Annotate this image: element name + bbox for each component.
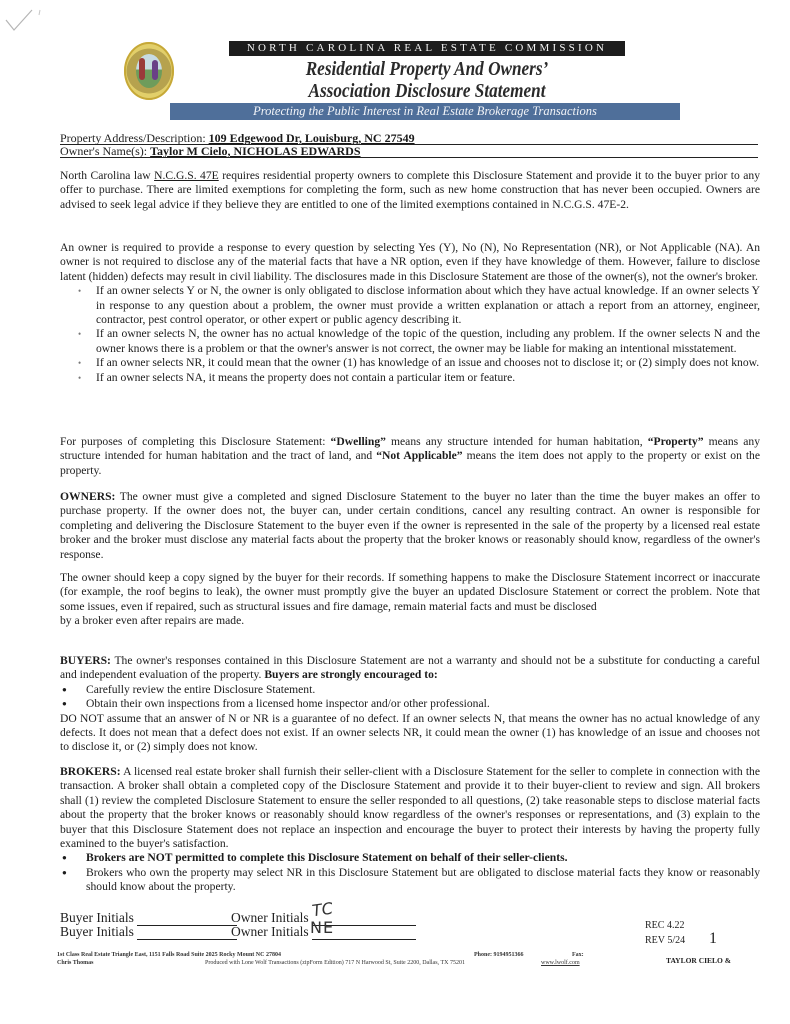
list-item: If an owner selects Y or N, the owner is… bbox=[60, 284, 760, 327]
property-address-label: Property Address/Description: bbox=[60, 131, 206, 145]
footer-website-link[interactable]: www.lwolf.com bbox=[541, 960, 580, 966]
ncgs-47e-link[interactable]: N.C.G.S. 47E bbox=[154, 169, 219, 182]
intro-section: North Carolina law N.C.G.S. 47E requires… bbox=[60, 169, 760, 212]
footer-transaction-name: TAYLOR CIELO & bbox=[666, 956, 731, 965]
page-number: 1 bbox=[709, 930, 717, 948]
intro-paragraph-responses: An owner is required to provide a respon… bbox=[60, 241, 760, 284]
buyers-section: BUYERS: The owner's responses contained … bbox=[60, 654, 760, 755]
form-rec-number: REC 4.22 bbox=[645, 920, 684, 931]
definitions-paragraph: For purposes of completing this Disclosu… bbox=[60, 435, 760, 478]
list-item: If an owner selects NA, it means the pro… bbox=[60, 371, 760, 385]
footer-brokerage: 1st Class Real Estate Triangle East, 115… bbox=[57, 952, 281, 958]
owners-updates-section: The owner should keep a copy signed by t… bbox=[60, 571, 760, 629]
tagline-banner: Protecting the Public Interest in Real E… bbox=[170, 103, 680, 120]
nc-state-seal-icon bbox=[124, 42, 174, 100]
buyer-initials-2-field[interactable] bbox=[137, 927, 237, 940]
buyers-heading: BUYERS: bbox=[60, 654, 111, 667]
property-address-field[interactable]: Property Address/Description: 109 Edgewo… bbox=[60, 131, 758, 145]
response-options-list: If an owner selects Y or N, the owner is… bbox=[60, 284, 760, 385]
footer-phone: Phone: 9194951366 bbox=[474, 952, 524, 958]
form-title-line-1: Residential Property And Owners’ bbox=[257, 58, 598, 81]
organization-banner: NORTH CAROLINA REAL ESTATE COMMISSION bbox=[229, 41, 625, 56]
owner-names-field[interactable]: Owner's Name(s): Taylor M Cielo, NICHOLA… bbox=[60, 144, 758, 158]
owner-names-label: Owner's Name(s): bbox=[60, 144, 147, 158]
list-item: If an owner selects NR, it could mean th… bbox=[60, 356, 760, 370]
not-applicable-term: “Not Applicable” bbox=[376, 449, 462, 462]
list-item: Carefully review the entire Disclosure S… bbox=[60, 683, 760, 697]
owners-section: OWNERS: The owner must give a completed … bbox=[60, 490, 760, 562]
footer-fax: Fax: bbox=[572, 952, 584, 958]
list-item: Obtain their own inspections from a lice… bbox=[60, 697, 760, 711]
form-rev-date: REV 5/24 bbox=[645, 935, 685, 946]
intro-paragraph-law: North Carolina law N.C.G.S. 47E requires… bbox=[60, 169, 760, 212]
response-options-section: An owner is required to provide a respon… bbox=[60, 241, 760, 385]
list-item: If an owner selects N, the owner has no … bbox=[60, 327, 760, 356]
buyers-list: Carefully review the entire Disclosure S… bbox=[60, 683, 760, 712]
property-address-value[interactable]: 109 Edgewood Dr, Louisburg, NC 27549 bbox=[209, 131, 415, 145]
buyer-initials-2[interactable]: Buyer Initials bbox=[60, 924, 237, 940]
list-item: Brokers who own the property may select … bbox=[60, 866, 760, 895]
dwelling-term: “Dwelling” bbox=[331, 435, 386, 448]
brokers-list: Brokers are NOT permitted to complete th… bbox=[60, 851, 760, 894]
owner-initials-2-signature: NE bbox=[310, 918, 334, 937]
footer-produced-by: Produced with Lone Wolf Transactions (zi… bbox=[205, 960, 465, 966]
checkmark-icon bbox=[4, 6, 44, 36]
list-item: Brokers are NOT permitted to complete th… bbox=[60, 851, 760, 865]
brokers-heading: BROKERS: bbox=[60, 765, 121, 778]
owners-heading: OWNERS: bbox=[60, 490, 115, 503]
form-title-line-2: Association Disclosure Statement bbox=[257, 80, 598, 103]
owner-names-value[interactable]: Taylor M Cielo, NICHOLAS EDWARDS bbox=[150, 144, 360, 158]
brokers-section: BROKERS: A licensed real estate broker s… bbox=[60, 765, 760, 895]
property-term: “Property” bbox=[648, 435, 704, 448]
footer-agent: Chris Thomas bbox=[57, 960, 93, 966]
